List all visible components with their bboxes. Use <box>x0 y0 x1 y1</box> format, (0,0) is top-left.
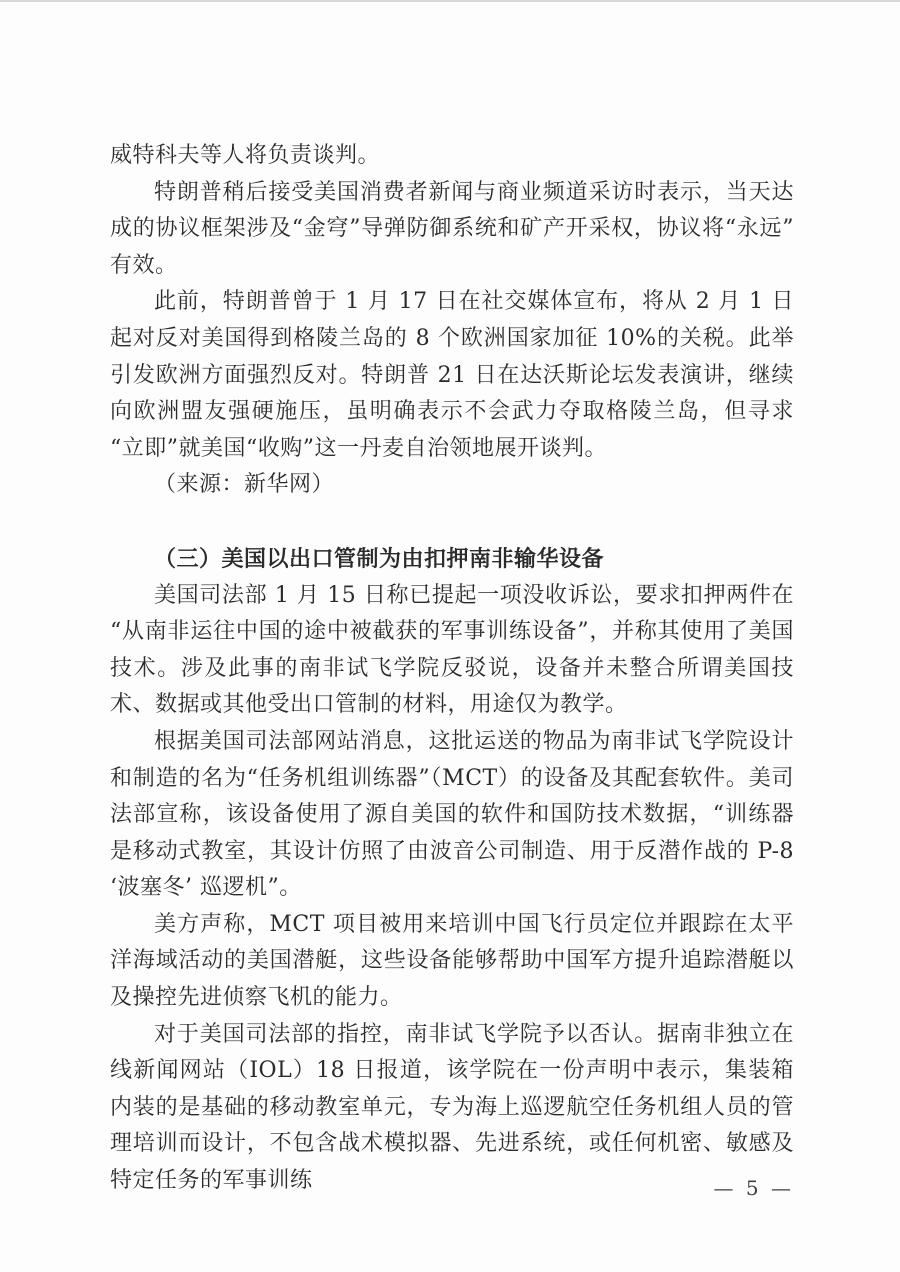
paragraph: 美方声称，MCT 项目被用来培训中国飞行员定位并跟踪在太平洋海域活动的美国潜艇，… <box>110 907 794 1017</box>
source-attribution: （来源：新华网） <box>110 467 794 504</box>
document-page: 威特科夫等人将负责谈判。 特朗普稍后接受美国消费者新闻与商业频道采访时表示，当天… <box>0 0 900 1272</box>
section-heading: （三）美国以出口管制为由扣押南非输华设备 <box>110 541 794 578</box>
scan-edge-artifact <box>0 0 900 2</box>
document-body: 威特科夫等人将负责谈判。 特朗普稍后接受美国消费者新闻与商业频道采访时表示，当天… <box>110 138 794 1200</box>
page-number: — 5 — <box>714 1176 794 1200</box>
paragraph-continuation: 威特科夫等人将负责谈判。 <box>110 138 794 175</box>
paragraph: 对于美国司法部的指控，南非试飞学院予以否认。据南非独立在线新闻网站（IOL）18… <box>110 1017 794 1200</box>
paragraph: 特朗普稍后接受美国消费者新闻与商业频道采访时表示，当天达成的协议框架涉及“金穹”… <box>110 175 794 285</box>
paragraph: 美国司法部 1 月 15 日称已提起一项没收诉讼，要求扣押两件在“从南非运往中国… <box>110 578 794 724</box>
paragraph: 此前，特朗普曾于 1 月 17 日在社交媒体宣布，将从 2 月 1 日起对反对美… <box>110 284 794 467</box>
paragraph: 根据美国司法部网站消息，这批运送的物品为南非试飞学院设计和制造的名为“任务机组训… <box>110 724 794 907</box>
